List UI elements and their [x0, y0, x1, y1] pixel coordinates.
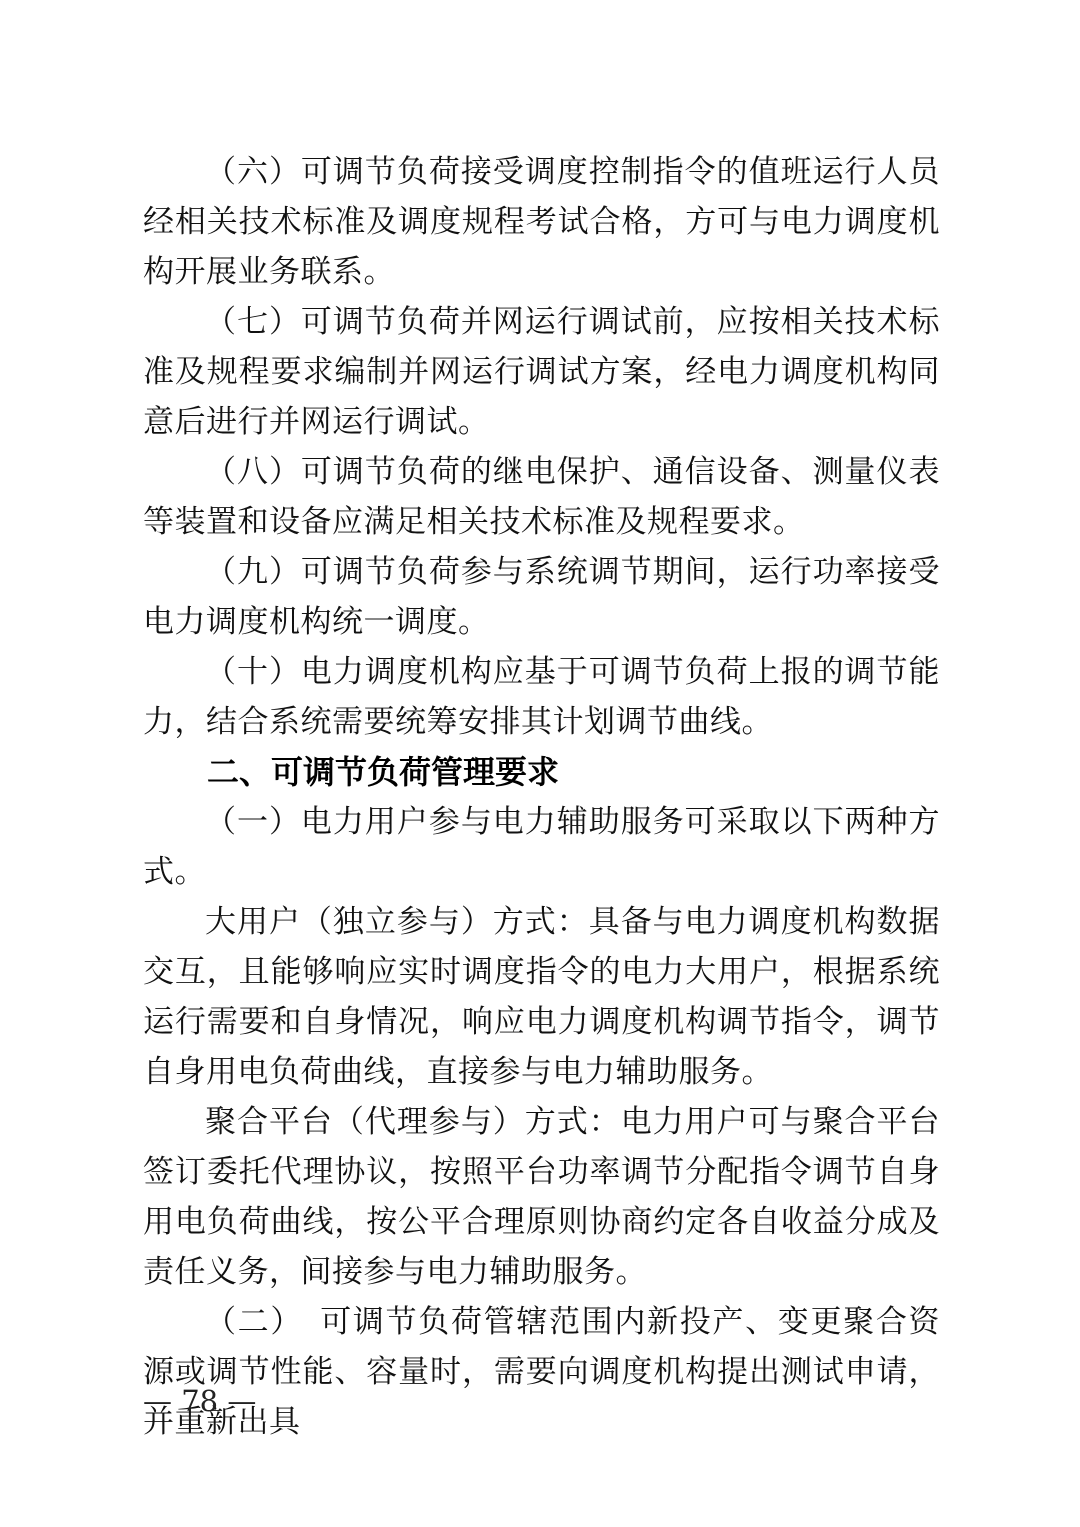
section-heading: 二、可调节负荷管理要求: [143, 747, 940, 797]
paragraph-clause-7: （七）可调节负荷并网运行调试前，应按相关技术标准及规程要求编制并网运行调试方案，…: [143, 297, 940, 447]
paragraph-clause-2: （二） 可调节负荷管辖范围内新投产、变更聚合资源或调节性能、容量时，需要向调度机…: [143, 1297, 940, 1447]
document-page: （六）可调节负荷接受调度控制指令的值班运行人员经相关技术标准及调度规程考试合格，…: [0, 0, 1080, 1527]
paragraph-clause-9: （九）可调节负荷参与系统调节期间，运行功率接受电力调度机构统一调度。: [143, 547, 940, 647]
paragraph-clause-8: （八）可调节负荷的继电保护、通信设备、测量仪表等装置和设备应满足相关技术标准及规…: [143, 447, 940, 547]
paragraph-clause-10: （十）电力调度机构应基于可调节负荷上报的调节能力，结合系统需要统筹安排其计划调节…: [143, 647, 940, 747]
paragraph-clause-6: （六）可调节负荷接受调度控制指令的值班运行人员经相关技术标准及调度规程考试合格，…: [143, 147, 940, 297]
paragraph-aggregation-platform-mode: 聚合平台（代理参与）方式：电力用户可与聚合平台签订委托代理协议，按照平台功率调节…: [143, 1097, 940, 1297]
document-body: （六）可调节负荷接受调度控制指令的值班运行人员经相关技术标准及调度规程考试合格，…: [143, 147, 940, 1447]
paragraph-large-user-mode: 大用户（独立参与）方式：具备与电力调度机构数据交互，且能够响应实时调度指令的电力…: [143, 897, 940, 1097]
paragraph-clause-1: （一）电力用户参与电力辅助服务可采取以下两种方式。: [143, 797, 940, 897]
page-number: — 78 —: [143, 1383, 256, 1419]
